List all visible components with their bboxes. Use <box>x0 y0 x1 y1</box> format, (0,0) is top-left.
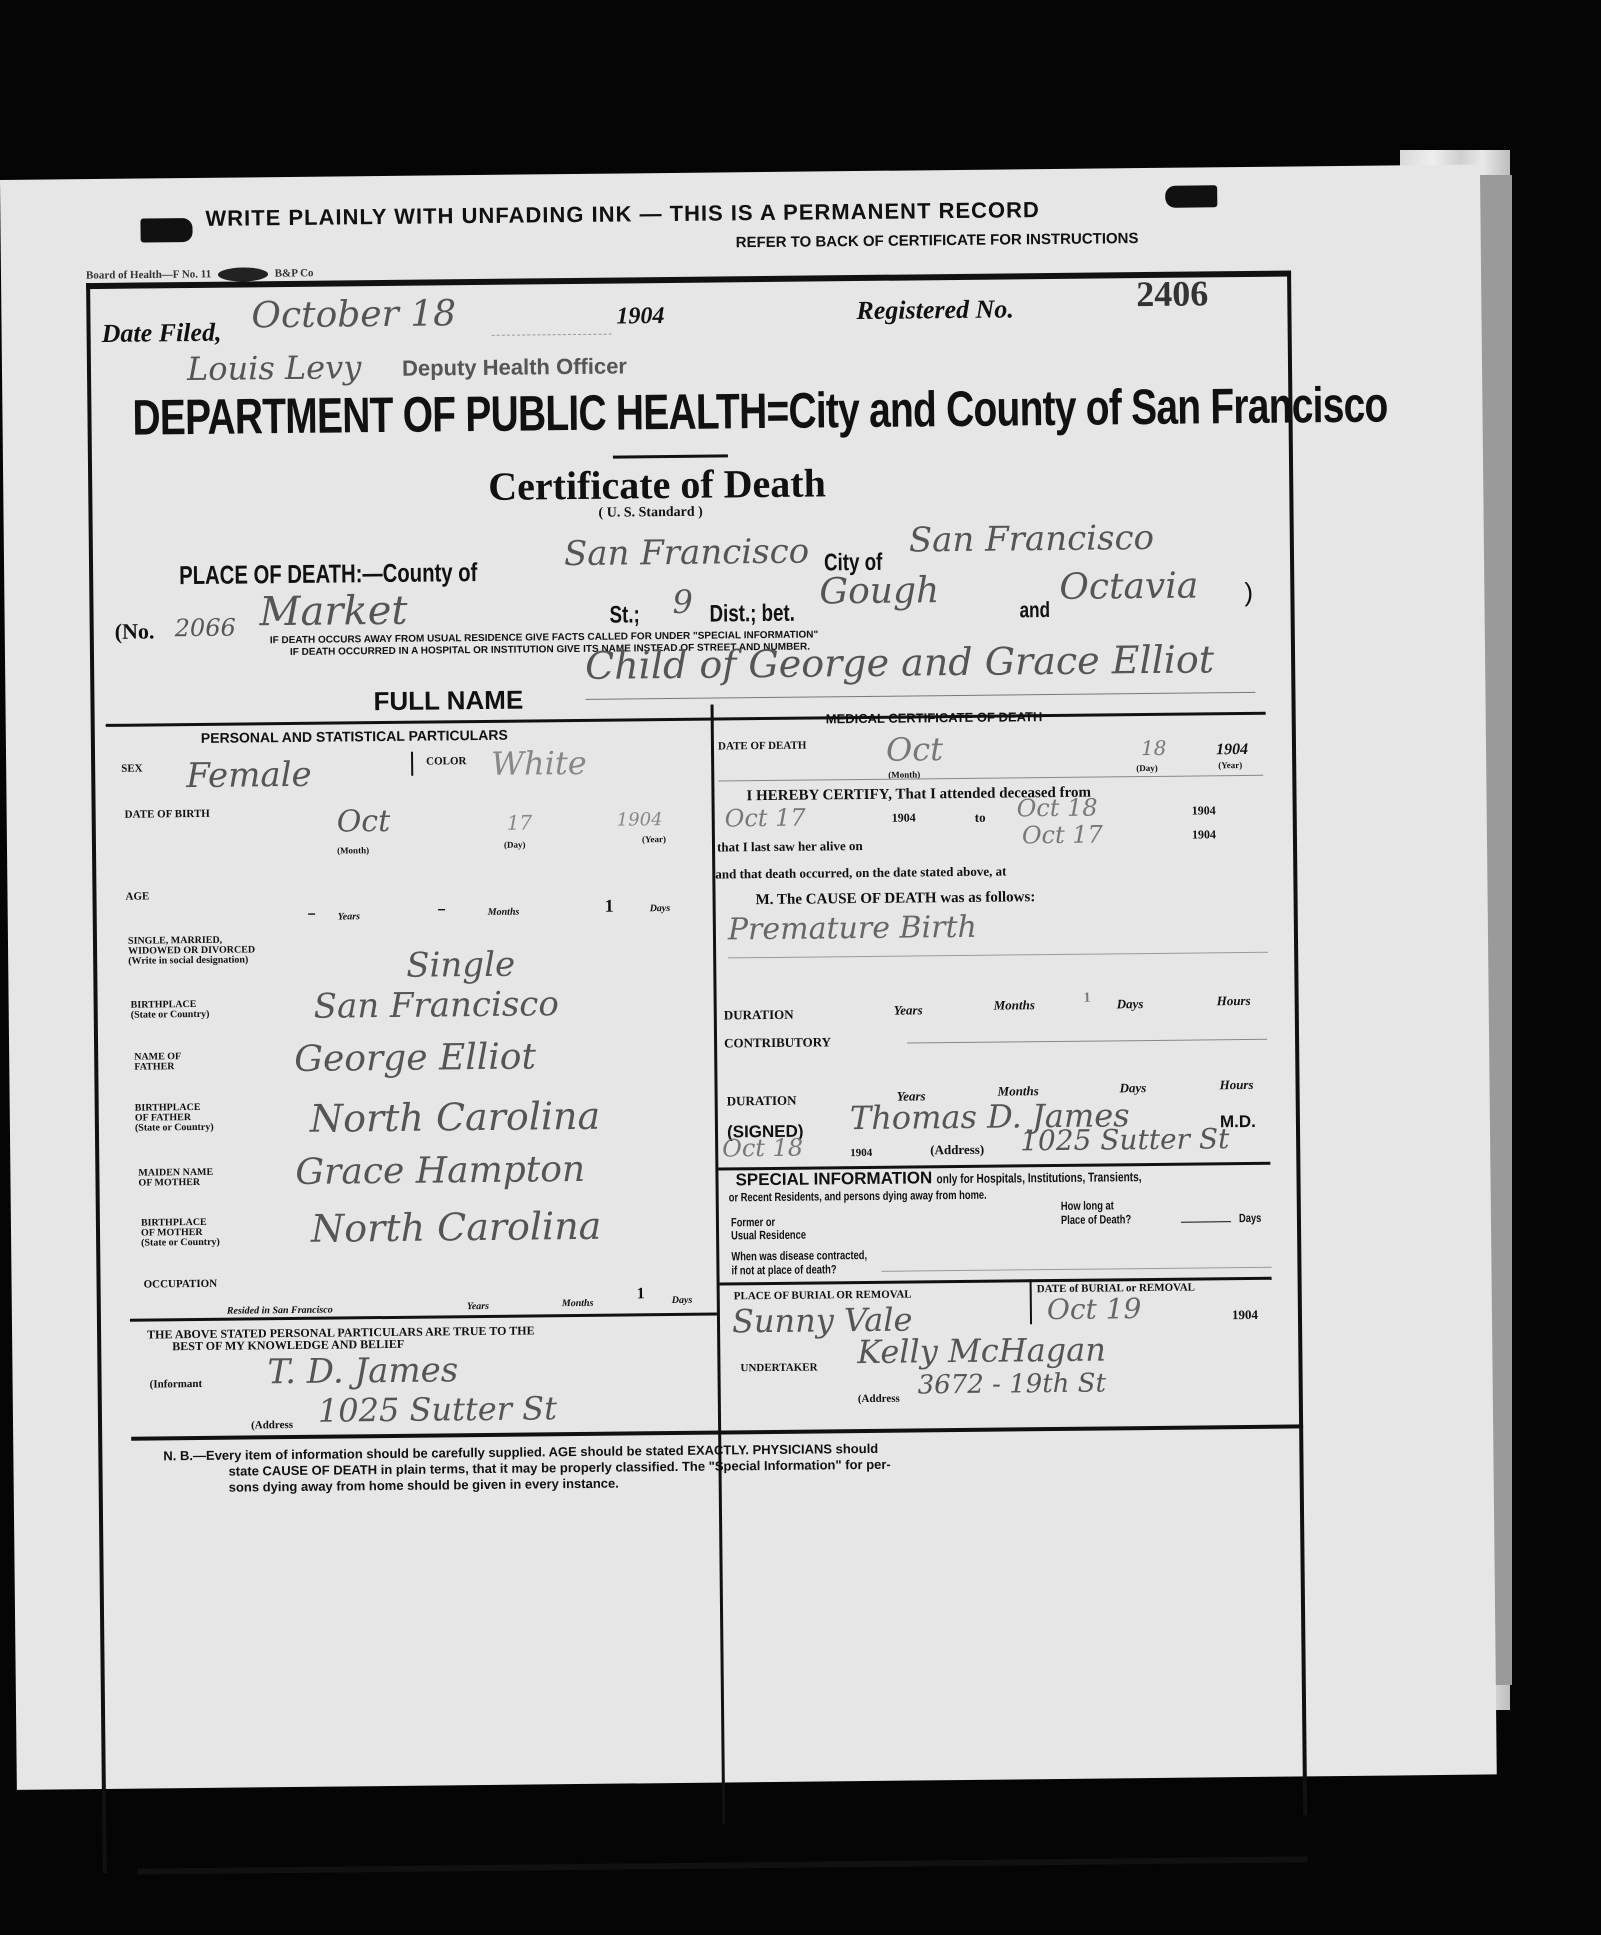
resided-label: Resided in San Francisco <box>227 1305 333 1317</box>
age-months-caption: Months <box>488 907 520 918</box>
cause-label: M. The CAUSE OF DEATH was as follows: <box>755 889 1035 909</box>
duration-days-2: Days <box>1119 1080 1146 1096</box>
birthplace-label-2: (State or Country) <box>131 1010 210 1021</box>
dod-day: 18 <box>1141 736 1167 760</box>
dob-label: DATE OF BIRTH <box>125 808 210 822</box>
certificate-page: WRITE PLAINLY WITH UNFADING INK — THIS I… <box>0 165 1497 1790</box>
contracted-label-2: if not at place of death? <box>731 1262 836 1277</box>
cause-value: Premature Birth <box>728 910 977 948</box>
pointing-hand-icon <box>140 218 192 243</box>
place-of-death-label: PLACE OF DEATH:—County of <box>179 557 477 591</box>
age-years-caption: Years <box>338 911 360 922</box>
between-street-2: Octavia <box>1059 565 1198 607</box>
attended-from-year: 1904 <box>892 810 916 825</box>
last-saw-year: 1904 <box>1192 827 1216 842</box>
dob-day-caption: (Day) <box>504 839 526 852</box>
department-title: DEPARTMENT OF PUBLIC HEALTH=City and Cou… <box>132 375 1388 446</box>
signed-date: Oct 18 <box>722 1134 803 1163</box>
howlong-label-2: Place of Death? <box>1061 1212 1131 1227</box>
father-birthplace-value: North Carolina <box>310 1094 601 1141</box>
contracted-label-1: When was disease contracted, <box>731 1248 867 1263</box>
street-no-label: (No. <box>115 618 155 644</box>
county-value: San Francisco <box>564 532 810 575</box>
informant-value: T. D. James <box>267 1350 458 1392</box>
duration-months: Months <box>994 997 1035 1013</box>
age-days: 1 <box>605 896 614 917</box>
dod-label: DATE OF DEATH <box>718 740 807 754</box>
color-label: COLOR <box>426 755 466 768</box>
city-value: San Francisco <box>909 518 1155 561</box>
marital-label-3: (Write in social designation) <box>128 955 248 966</box>
contracted-rule <box>881 1267 1271 1272</box>
dod-day-caption: (Day) <box>1136 762 1158 775</box>
dob-year-caption: (Year) <box>642 833 666 846</box>
mother-label-2: OF MOTHER <box>138 1178 200 1189</box>
sex-color-divider <box>411 752 413 776</box>
burial-date-value: Oct 19 <box>1047 1292 1142 1326</box>
duration-days-value: 1 <box>1084 991 1091 1007</box>
resided-days: 1 <box>637 1285 645 1303</box>
registered-number: 2406 <box>1136 272 1208 315</box>
dob-day: 17 <box>507 810 533 834</box>
physician-address-label: (Address) <box>930 1142 984 1159</box>
age-years: – <box>308 905 316 921</box>
special-heading-2: or Recent Residents, and persons dying a… <box>729 1188 987 1205</box>
officer-signature: Louis Levy <box>187 348 362 388</box>
mother-birthplace-value: North Carolina <box>311 1204 602 1251</box>
attended-to-year: 1904 <box>1192 803 1216 818</box>
last-saw-text: that I last saw her alive on <box>717 838 863 856</box>
dod-year: 1904 <box>1216 741 1248 759</box>
undertaker-label: UNDERTAKER <box>740 1362 817 1376</box>
informant-label: (Informant <box>150 1378 203 1392</box>
date-filed-label: Date Filed, <box>101 318 221 349</box>
howlong-label-1: How long at <box>1061 1198 1114 1213</box>
title-rule <box>613 454 728 458</box>
physician-address-value: 1025 Sutter St <box>1020 1122 1230 1157</box>
full-name-value: Child of George and Grace Elliot <box>585 637 1214 688</box>
attended-from: Oct 17 <box>725 804 806 833</box>
attended-to: Oct 18 <box>1016 794 1097 823</box>
seal-icon <box>218 267 268 282</box>
full-name-rule <box>585 692 1255 700</box>
close-paren: ) <box>1244 577 1253 608</box>
mother-value: Grace Hampton <box>295 1149 585 1193</box>
to-label: to <box>975 810 986 826</box>
contributory-rule <box>907 1039 1267 1044</box>
certificate-title: Certificate of Death <box>488 459 826 510</box>
sex-value: Female <box>186 755 312 796</box>
duration-label-2: DURATION <box>727 1094 797 1108</box>
street-number: 2066 <box>175 614 236 643</box>
duration-years: Years <box>894 1002 923 1018</box>
sex-label: SEX <box>121 763 143 776</box>
box-left-border <box>86 283 107 1873</box>
contributory-label: CONTRIBUTORY <box>724 1035 831 1049</box>
resided-days-caption: Days <box>672 1295 693 1306</box>
street-name: Market <box>259 588 407 636</box>
between-street-1: Gough <box>819 570 939 612</box>
date-filed-line <box>492 334 612 336</box>
street-label: St.; <box>609 601 639 629</box>
howlong-days: Days <box>1239 1211 1262 1225</box>
dod-month: Oct <box>886 730 943 769</box>
dod-rule <box>718 775 1263 782</box>
father-value: George Elliot <box>294 1036 536 1080</box>
duration-hours-2: Hours <box>1219 1077 1253 1093</box>
form-id-text: Board of Health—F No. 11 <box>86 268 211 281</box>
dod-month-caption: (Month) <box>888 768 920 781</box>
and-label: and <box>1019 597 1050 623</box>
box-bottom-border <box>138 1856 1308 1874</box>
age-months: – <box>438 900 446 916</box>
certificate-subtitle: ( U. S. Standard ) <box>598 505 702 522</box>
age-days-caption: Days <box>650 903 671 914</box>
date-filed-value: October 18 <box>251 293 456 336</box>
age-label: AGE <box>125 890 149 903</box>
personal-heading: PERSONAL AND STATISTICAL PARTICULARS <box>201 727 508 746</box>
footer-note-3: sons dying away from home should be give… <box>229 1476 619 1495</box>
undertaker-address-value: 3672 - 19th St <box>918 1368 1107 1400</box>
informant-address-label: (Address <box>251 1419 293 1432</box>
special-heading: SPECIAL INFORMATION <box>735 1168 932 1189</box>
date-filed-year: 1904 <box>616 303 664 331</box>
pointing-hand-icon-right <box>1165 185 1217 208</box>
dob-month: Oct <box>337 804 391 840</box>
undertaker-address-label: (Address <box>858 1393 900 1406</box>
occurred-text: and that death occurred, on the date sta… <box>715 863 1006 882</box>
father-label-2: FATHER <box>134 1062 174 1072</box>
officer-title: Deputy Health Officer <box>402 353 627 381</box>
duration-label: DURATION <box>724 1008 794 1022</box>
former-label-2: Usual Residence <box>731 1228 806 1243</box>
burial-divider <box>1030 1279 1032 1324</box>
district-value: 9 <box>672 583 693 621</box>
color-value: White <box>491 744 587 783</box>
district-label: Dist.; bet. <box>709 600 795 629</box>
dob-month-caption: (Month) <box>337 844 369 857</box>
registered-label: Registered No. <box>856 294 1014 326</box>
box-right-border <box>1287 270 1307 1815</box>
cause-rule <box>728 952 1268 959</box>
father-bp-label-3: (State or Country) <box>135 1123 214 1134</box>
section-top-rule <box>106 712 1266 727</box>
medical-heading: MEDICAL CERTIFICATE OF DEATH <box>826 709 1043 726</box>
howlong-rule <box>1181 1221 1231 1223</box>
dod-year-caption: (Year) <box>1218 759 1242 772</box>
occupation-label: OCCUPATION <box>144 1278 218 1292</box>
mother-bp-label-3: (State or Country) <box>141 1238 220 1249</box>
full-name-label: FULL NAME <box>373 685 523 718</box>
informant-address-value: 1025 Sutter St <box>318 1389 557 1430</box>
duration-days: Days <box>1117 996 1144 1012</box>
dob-year: 1904 <box>617 809 663 830</box>
last-saw-date: Oct 17 <box>1022 820 1103 849</box>
special-heading-rest: only for Hospitals, Institutions, Transi… <box>937 1169 1142 1186</box>
marital-value: Single <box>406 945 515 986</box>
resided-months-caption: Months <box>562 1298 594 1309</box>
burial-year: 1904 <box>1232 1307 1258 1323</box>
refer-instructions: REFER TO BACK OF CERTIFICATE FOR INSTRUC… <box>736 230 1139 251</box>
signed-year: 1904 <box>850 1147 872 1159</box>
duration-hours: Hours <box>1217 993 1251 1009</box>
printer-text: B&P Co <box>275 267 314 279</box>
attest-rule <box>130 1313 717 1322</box>
banner-text: WRITE PLAINLY WITH UNFADING INK — THIS I… <box>205 197 1040 232</box>
undertaker-value: Kelly McHagan <box>857 1330 1106 1371</box>
special-heading-line: SPECIAL INFORMATION only for Hospitals, … <box>735 1165 1199 1190</box>
birthplace-value: San Francisco <box>313 984 559 1027</box>
resided-years-caption: Years <box>467 1301 489 1312</box>
